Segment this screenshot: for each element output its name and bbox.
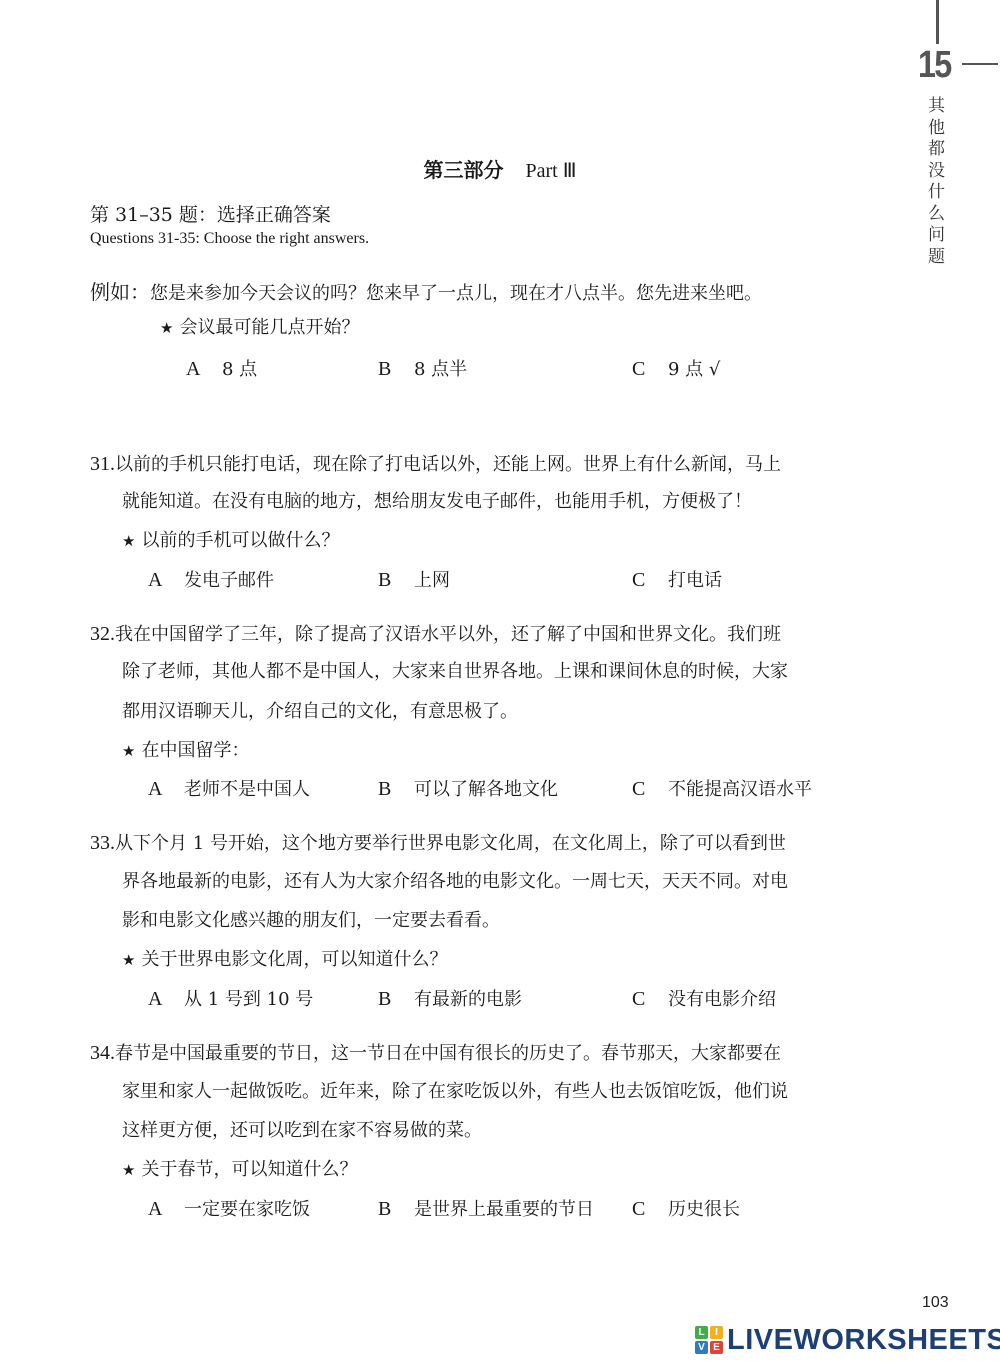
question-33-option-a[interactable]: A从 1 号到 10 号 <box>148 985 313 1011</box>
question-31-option-a[interactable]: A发电子邮件 <box>148 566 274 592</box>
question-34-option-c[interactable]: C历史很长 <box>632 1195 740 1221</box>
section-title-zh: 第三部分 <box>423 158 503 182</box>
question-31-option-b[interactable]: B上网 <box>378 566 450 592</box>
example-text: 您是来参加今天会议的吗？您来早了一点儿，现在才八点半。您先进来坐吧。 <box>150 283 762 304</box>
question-33-prompt: ★关于世界电影文化周，可以知道什么？ <box>122 945 447 971</box>
instructions-en: Questions 31-35: Choose the right answer… <box>90 230 369 248</box>
logo-grid-icon: L I V E <box>695 1326 723 1354</box>
section-title: 第三部分Part Ⅲ <box>0 154 1000 183</box>
question-31-prompt: ★以前的手机可以做什么？ <box>122 526 339 552</box>
question-34-line-3: 这样更方便，还可以吃到在家不容易做的菜。 <box>122 1116 482 1142</box>
instructions-zh: 第 31–35 题：选择正确答案 <box>90 200 331 227</box>
chapter-tab-line-vertical <box>936 0 939 44</box>
question-32-option-a[interactable]: A老师不是中国人 <box>148 775 310 801</box>
question-32-line-3: 都用汉语聊天儿，介绍自己的文化，有意思极了。 <box>122 697 518 723</box>
question-34-line-1: 34.春节是中国最重要的节日，这一节日在中国有很长的历史了。春节那天，大家都要在 <box>90 1039 781 1065</box>
question-31-line-2: 就能知道。在没有电脑的地方，想给朋友发电子邮件，也能用手机，方便极了！ <box>122 487 752 513</box>
star-icon: ★ <box>122 742 135 760</box>
question-33-line-1: 33.从下个月 1 号开始，这个地方要举行世界电影文化周，在文化周上，除了可以看… <box>90 829 786 855</box>
question-34-line-2: 家里和家人一起做饭吃。近年来，除了在家吃饭以外，有些人也去饭馆吃饭，他们说 <box>122 1077 788 1103</box>
example-option-c: C9 点 √ <box>632 355 720 381</box>
question-32-line-1: 32.我在中国留学了三年，除了提高了汉语水平以外，还了解了中国和世界文化。我们班 <box>90 620 781 646</box>
question-32-option-c[interactable]: C不能提高汉语水平 <box>632 775 812 801</box>
question-32-prompt: ★在中国留学： <box>122 736 249 762</box>
chapter-tab-line-horizontal <box>962 63 998 65</box>
example-option-a: A8 点 <box>186 355 257 381</box>
question-33-line-3: 影和电影文化感兴趣的朋友们，一定要去看看。 <box>122 906 500 932</box>
section-title-en: Part Ⅲ <box>525 160 576 182</box>
liveworksheets-logo[interactable]: L I V E LIVEWORKSHEETS <box>695 1323 1000 1357</box>
question-34-option-a[interactable]: A一定要在家吃饭 <box>148 1195 310 1221</box>
chapter-number: 15 <box>918 44 951 87</box>
star-icon: ★ <box>122 532 135 550</box>
question-33-option-b[interactable]: B有最新的电影 <box>378 985 522 1011</box>
example-label: 例如： <box>90 280 150 304</box>
question-34-prompt: ★关于春节，可以知道什么？ <box>122 1155 357 1181</box>
example-option-b: B8 点半 <box>378 355 467 381</box>
star-icon: ★ <box>160 319 173 337</box>
star-icon: ★ <box>122 1161 135 1179</box>
question-33-line-2: 界各地最新的电影，还有人为大家介绍各地的电影文化。一周七天，天天不同。对电 <box>122 867 788 893</box>
question-31-line-1: 31.以前的手机只能打电话，现在除了打电话以外，还能上网。世界上有什么新闻，马上 <box>90 450 781 476</box>
question-32-line-2: 除了老师，其他人都不是中国人，大家来自世界各地。上课和课间休息的时候，大家 <box>122 657 788 683</box>
example-passage: 例如：您是来参加今天会议的吗？您来早了一点儿，现在才八点半。您先进来坐吧。 <box>90 276 762 305</box>
question-31-option-c[interactable]: C打电话 <box>632 566 722 592</box>
logo-text: LIVEWORKSHEETS <box>727 1324 1000 1357</box>
question-32-option-b[interactable]: B可以了解各地文化 <box>378 775 558 801</box>
example-question: ★会议最可能几点开始？ <box>160 313 359 339</box>
star-icon: ★ <box>122 951 135 969</box>
page-number: 103 <box>922 1294 949 1312</box>
question-33-option-c[interactable]: C没有电影介绍 <box>632 985 776 1011</box>
question-34-option-b[interactable]: B是世界上最重要的节日 <box>378 1195 594 1221</box>
